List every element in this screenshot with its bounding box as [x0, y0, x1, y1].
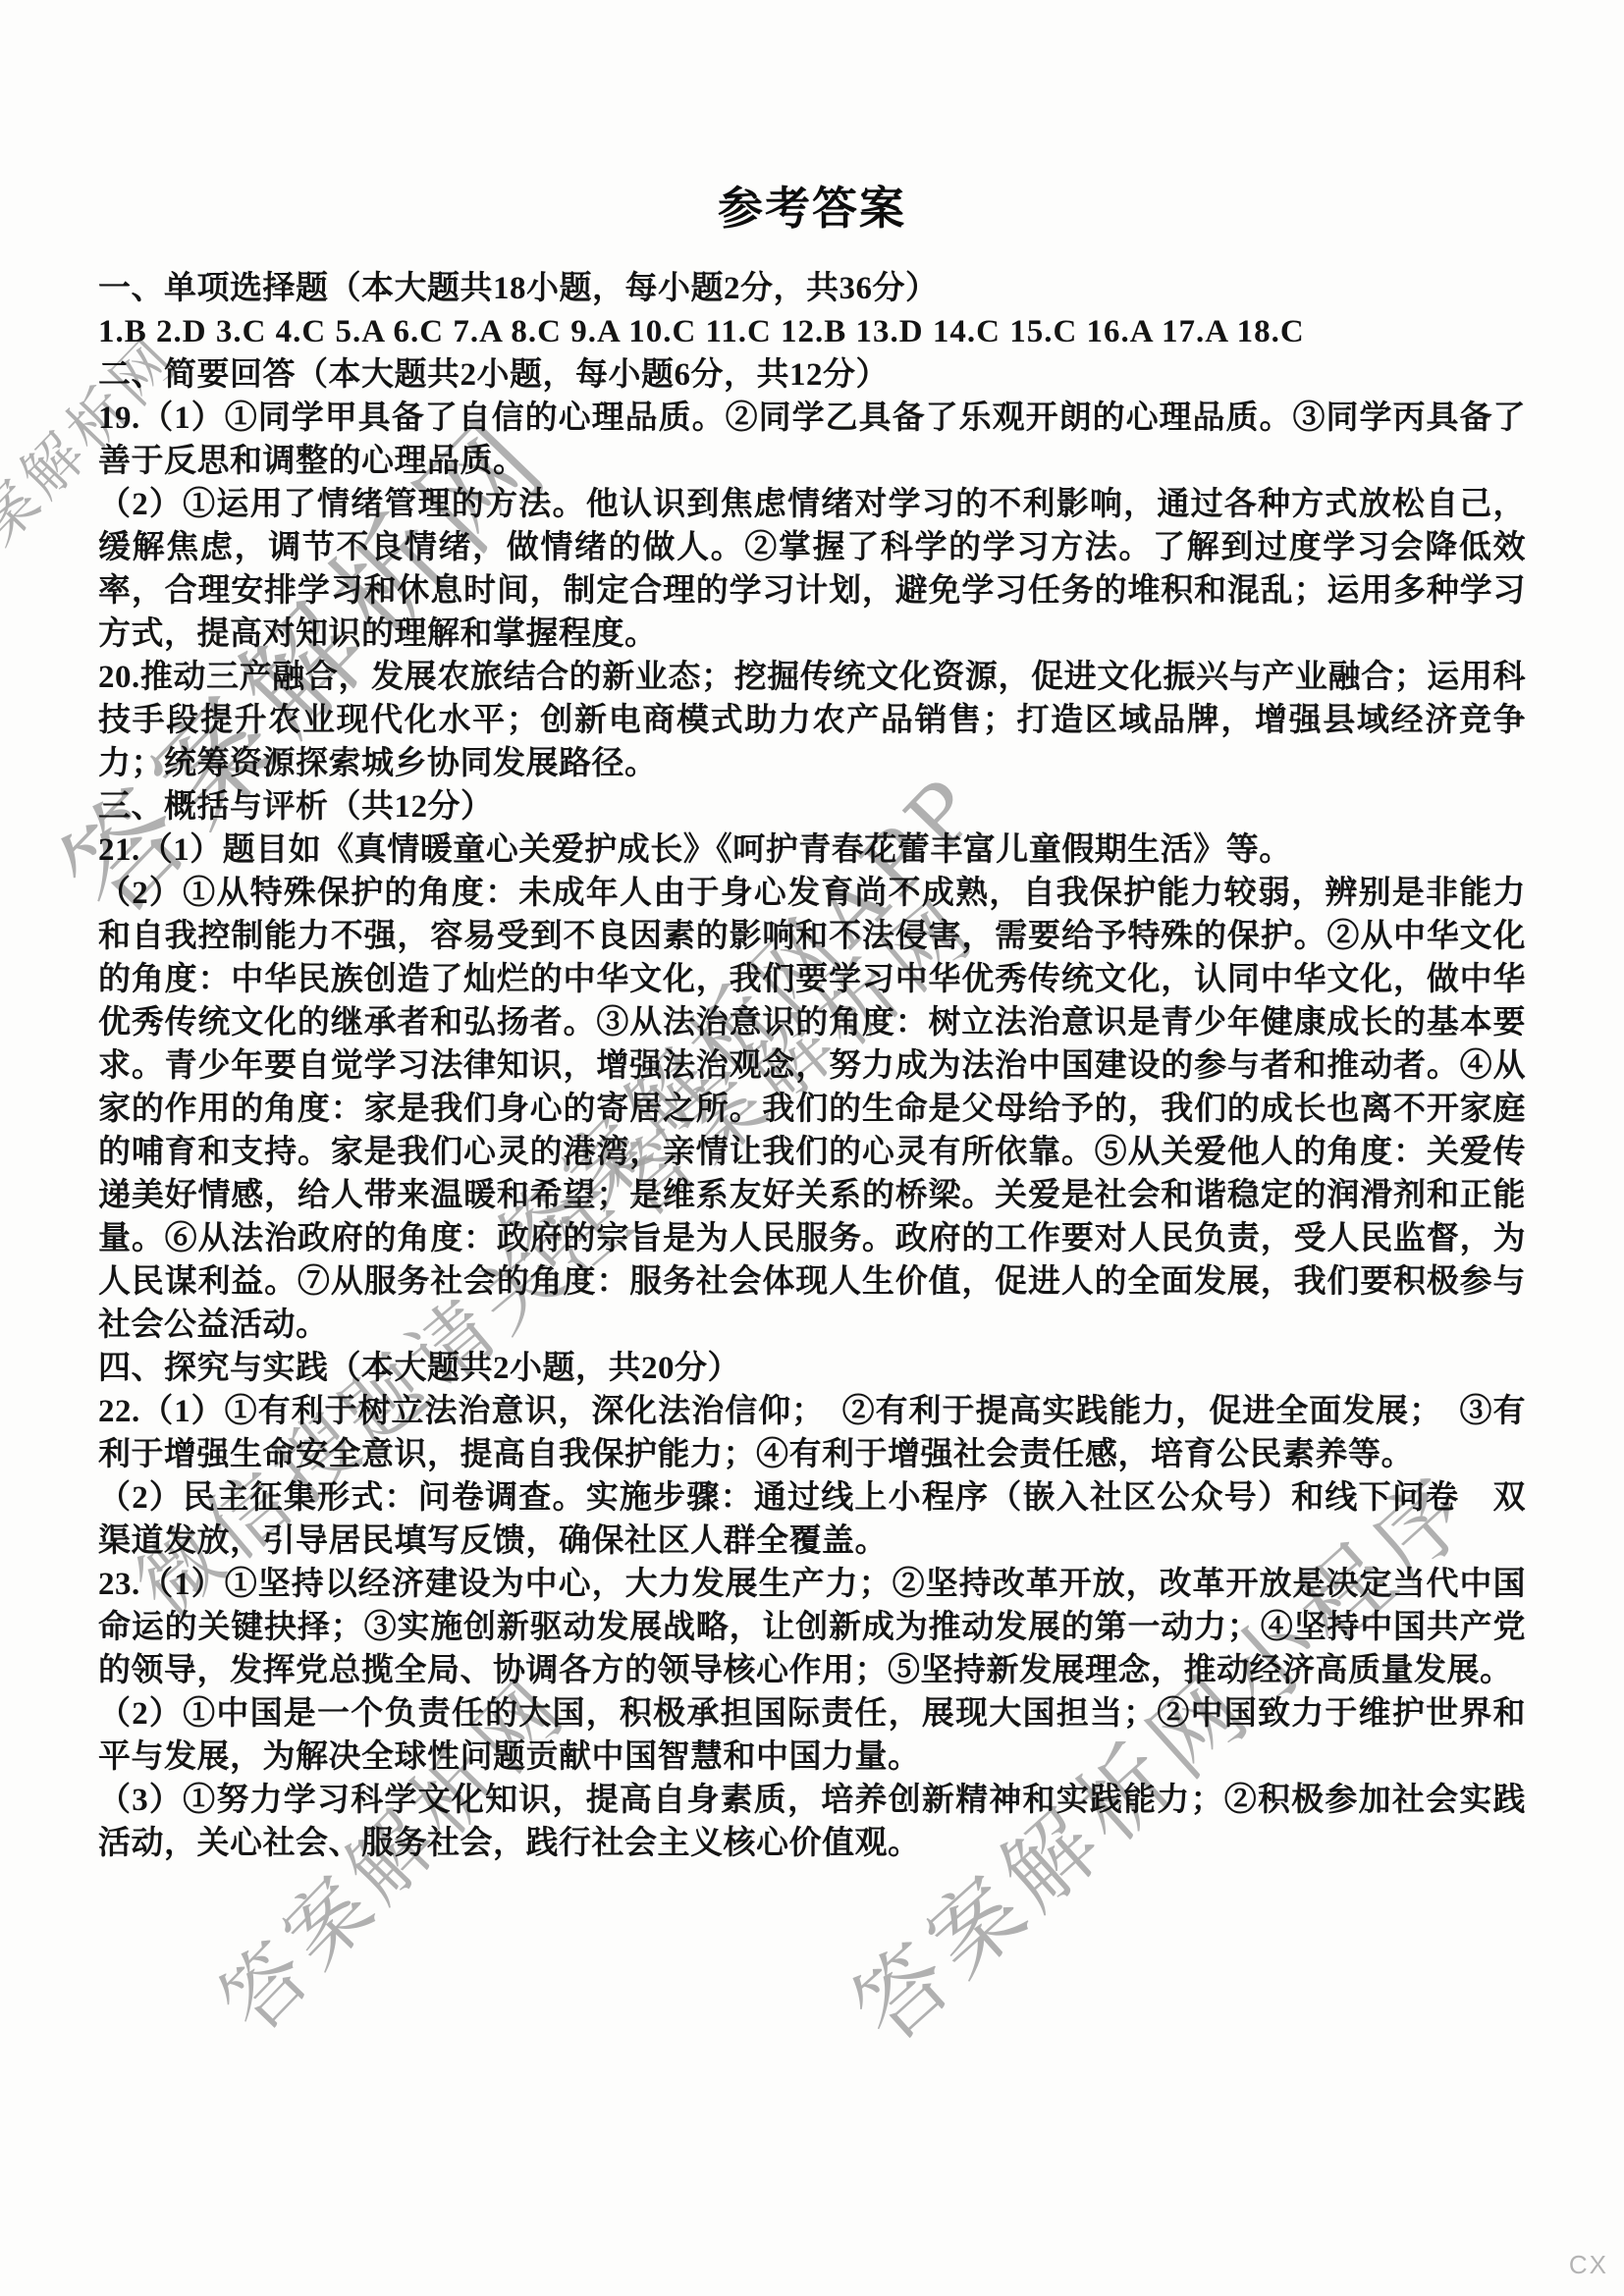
answer-22-2: （2）民主征集形式：问卷调查。实施步骤：通过线上小程序（嵌入社区公众号）和线下问…: [98, 1476, 1526, 1563]
answer-23-3: （3）①努力学习科学文化知识，提高自身素质，培养创新精神和实践能力；②积极参加社…: [98, 1779, 1526, 1865]
answer-23-1: 23.（1）①坚持以经济建设为中心，大力发展生产力；②坚持改革开放，改革开放是决…: [98, 1563, 1526, 1692]
answer-21-1: 21.（1）题目如《真情暖童心关爱护成长》《呵护青春花蕾丰富儿童假期生活》等。: [98, 828, 1526, 872]
answer-19-1: 19.（1）①同学甲具备了自信的心理品质。②同学乙具备了乐观开朗的心理品质。③同…: [98, 397, 1526, 483]
page-title: 参考答案: [98, 187, 1526, 232]
section-heading-1: 一、单项选择题（本大题共18小题，每小题2分，共36分）: [98, 267, 1526, 310]
answer-23-2: （2）①中国是一个负责任的大国，积极承担国际责任，展现大国担当；②中国致力于维护…: [98, 1692, 1526, 1779]
answer-20: 20.推动三产融合，发展农旅结合的新业态；挖掘传统文化资源，促进文化振兴与产业融…: [98, 656, 1526, 785]
corner-mark: CX: [1569, 2250, 1608, 2280]
answer-19-2: （2）①运用了情绪管理的方法。他认识到焦虑情绪对学习的不利影响，通过各种方式放松…: [98, 483, 1526, 656]
document-body: 参考答案 一、单项选择题（本大题共18小题，每小题2分，共36分） 1.B 2.…: [98, 187, 1526, 1865]
scanned-answer-sheet: 参考答案 一、单项选择题（本大题共18小题，每小题2分，共36分） 1.B 2.…: [0, 0, 1624, 2296]
section-heading-3: 三、概括与评析（共12分）: [98, 785, 1526, 828]
section-heading-4: 四、探究与实践（本大题共2小题，共20分）: [98, 1347, 1526, 1390]
answer-22-1: 22.（1）①有利于树立法治意识，深化法治信仰； ②有利于提高实践能力，促进全面…: [98, 1390, 1526, 1476]
answer-21-2: （2）①从特殊保护的角度：未成年人由于身心发育尚不成熟，自我保护能力较弱，辨别是…: [98, 872, 1526, 1347]
section-heading-2: 二、简要回答（本大题共2小题，每小题6分，共12分）: [98, 353, 1526, 397]
multiple-choice-answers: 1.B 2.D 3.C 4.C 5.A 6.C 7.A 8.C 9.A 10.C…: [98, 310, 1526, 353]
